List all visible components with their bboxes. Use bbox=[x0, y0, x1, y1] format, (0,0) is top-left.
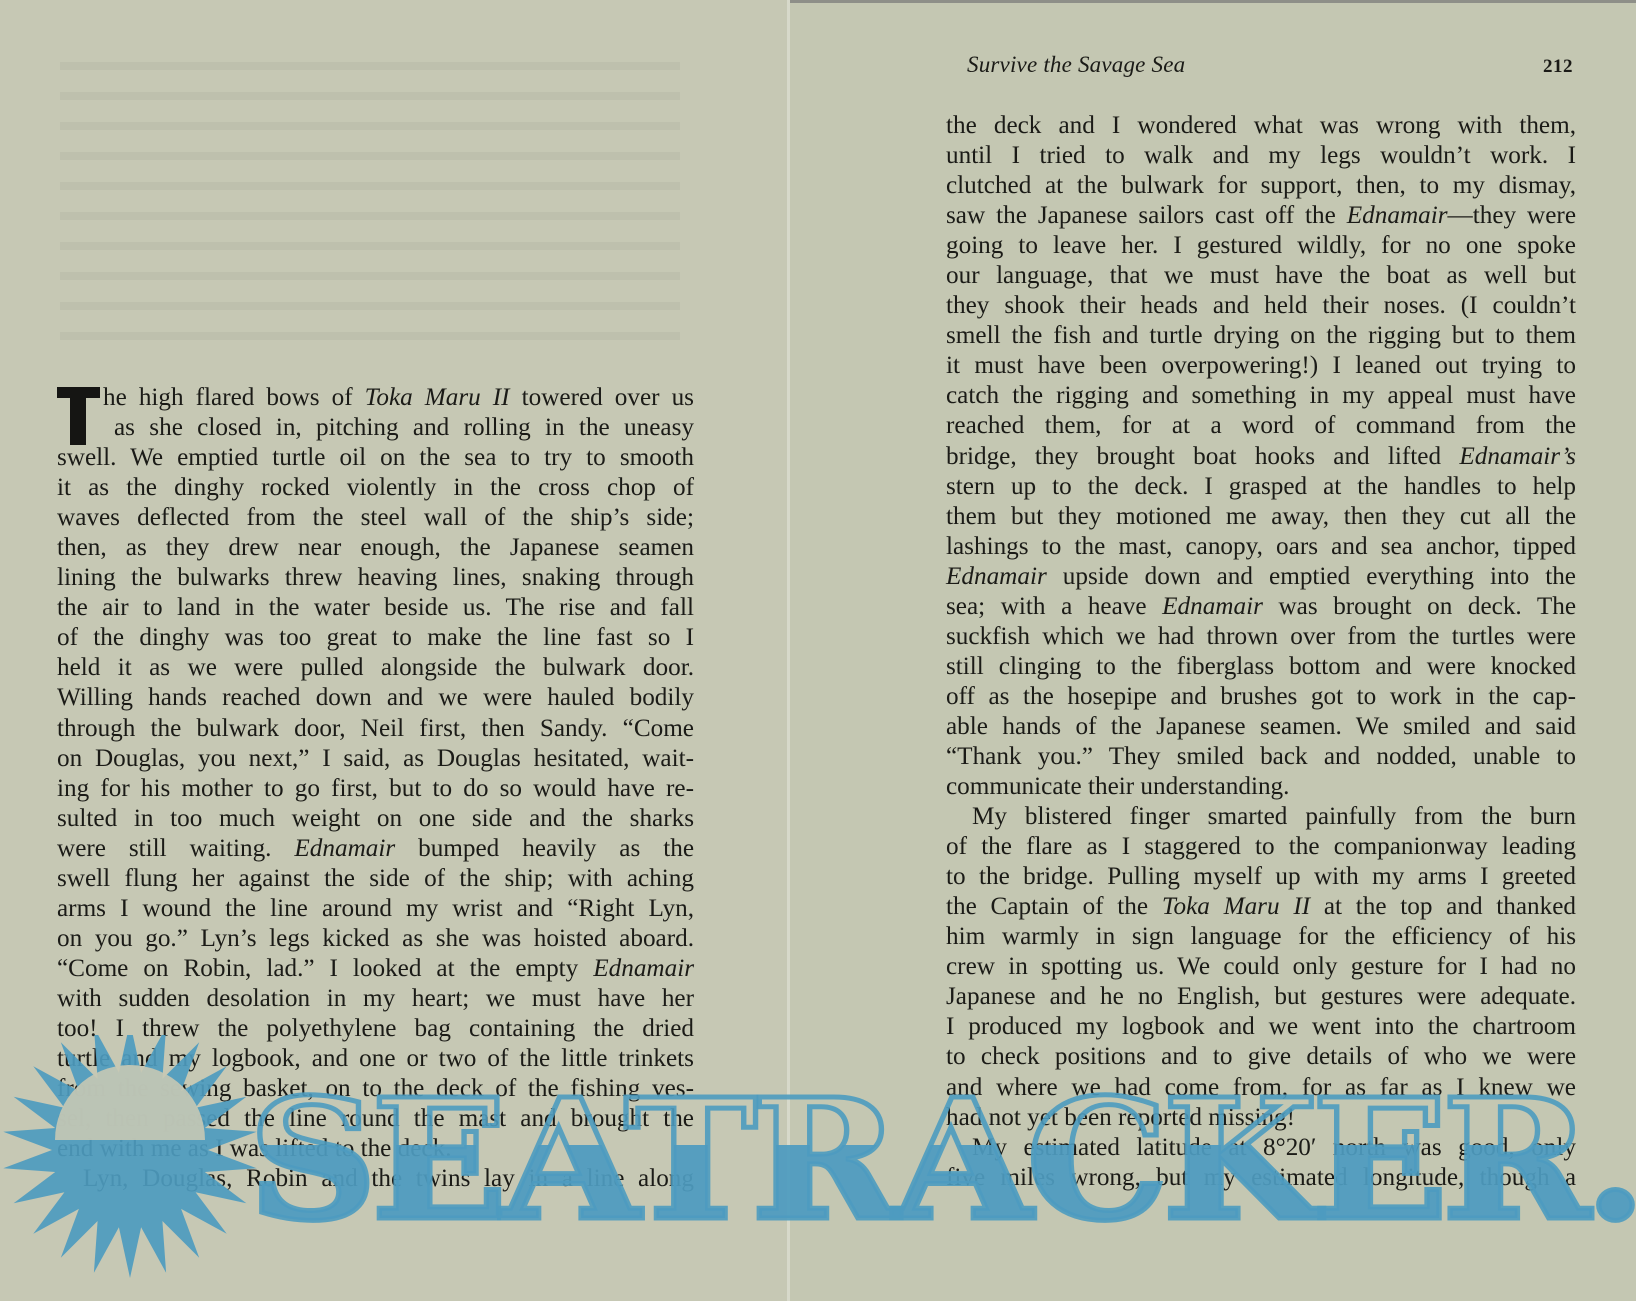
text-line: sea; with a heave Ednamair was brought o… bbox=[946, 592, 1576, 622]
text-line: he high flared bows of Toka Maru II towe… bbox=[57, 383, 694, 413]
text-line: of the flare as I staggered to the compa… bbox=[946, 832, 1576, 862]
text-line: Willing hands reached down and we were h… bbox=[57, 683, 694, 713]
running-head: Survive the Savage Sea 212 bbox=[967, 52, 1573, 86]
text-line: swell. We emptied turtle oil on the sea … bbox=[57, 443, 694, 473]
text-line: smell the fish and turtle drying on the … bbox=[946, 321, 1576, 351]
text-line: waves deflected from the steel wall of t… bbox=[57, 503, 694, 533]
text-line: on you go.” Lyn’s legs kicked as she was… bbox=[57, 924, 694, 954]
text-line: going to leave her. I gestured wildly, f… bbox=[946, 231, 1576, 261]
text-line: stern up to the deck. I grasped at the h… bbox=[946, 472, 1576, 502]
text-line: on Douglas, you next,” I said, as Dougla… bbox=[57, 744, 694, 774]
text-line: saw the Japanese sailors cast off the Ed… bbox=[946, 201, 1576, 231]
text-line: the deck and I wondered what was wrong w… bbox=[946, 111, 1576, 141]
text-line: off as the hosepipe and brushes got to w… bbox=[946, 682, 1576, 712]
text-line: then, as they drew near enough, the Japa… bbox=[57, 533, 694, 563]
text-line: able hands of the Japanese seamen. We sm… bbox=[946, 712, 1576, 742]
text-line: lining the bulwarks threw heaving lines,… bbox=[57, 563, 694, 593]
page-number: 212 bbox=[1543, 56, 1573, 78]
text-line: him warmly in sign language for the effi… bbox=[946, 922, 1576, 952]
text-line: swell flung her against the side of the … bbox=[57, 864, 694, 894]
text-line: reached them, for at a word of command f… bbox=[946, 411, 1576, 441]
text-line: lashings to the mast, canopy, oars and s… bbox=[946, 532, 1576, 562]
book-title: Survive the Savage Sea bbox=[967, 52, 1185, 78]
text-line: arms I wound the line around my wrist an… bbox=[57, 894, 694, 924]
text-line: “Come on Robin, lad.” I looked at the em… bbox=[57, 954, 694, 984]
text-line: held it as we were pulled alongside the … bbox=[57, 653, 694, 683]
text-line: were still waiting. Ednamair bumped heav… bbox=[57, 834, 694, 864]
text-line: they shook their heads and held their no… bbox=[946, 291, 1576, 321]
text-line: sulted in too much weight on one side an… bbox=[57, 804, 694, 834]
text-line: catch the rigging and something in my ap… bbox=[946, 381, 1576, 411]
text-line: ing for his mother to go first, but to d… bbox=[57, 774, 694, 804]
text-line: communicate their understanding. bbox=[946, 772, 1576, 802]
text-line: clutched at the bulwark for support, the… bbox=[946, 171, 1576, 201]
text-line: crew in spotting us. We could only gestu… bbox=[946, 952, 1576, 982]
text-line: them but they motioned me away, then the… bbox=[946, 502, 1576, 532]
text-line: suckfish which we had thrown over from t… bbox=[946, 622, 1576, 652]
text-line: I produced my logbook and we went into t… bbox=[946, 1012, 1576, 1042]
text-line: “Thank you.” They smiled back and nodded… bbox=[946, 742, 1576, 772]
text-line: to the bridge. Pulling myself up with my… bbox=[946, 862, 1576, 892]
text-line: Ednamair upside down and emptied everyth… bbox=[946, 562, 1576, 592]
text-line: of the dinghy was too great to make the … bbox=[57, 623, 694, 653]
right-text-column: the deck and I wondered what was wrong w… bbox=[946, 111, 1576, 1193]
text-line: our language, that we must have the boat… bbox=[946, 261, 1576, 291]
text-line: through the bulwark door, Neil first, th… bbox=[57, 714, 694, 744]
show-through-text bbox=[60, 40, 680, 360]
text-line: until I tried to walk and my legs wouldn… bbox=[946, 141, 1576, 171]
text-line: still clinging to the fiberglass bottom … bbox=[946, 652, 1576, 682]
text-line: with sudden desolation in my heart; we m… bbox=[57, 984, 694, 1014]
text-line: My blistered finger smarted painfully fr… bbox=[946, 802, 1576, 832]
text-line: bridge, they brought boat hooks and lift… bbox=[946, 442, 1576, 472]
text-line: too! I threw the polyethylene bag contai… bbox=[57, 1014, 694, 1044]
text-line: Japanese and he no English, but gestures… bbox=[946, 982, 1576, 1012]
text-line: the air to land in the water beside us. … bbox=[57, 593, 694, 623]
text-line: as she closed in, pitching and rolling i… bbox=[57, 413, 694, 443]
text-line: it as the dinghy rocked violently in the… bbox=[57, 473, 694, 503]
scan-edge bbox=[790, 0, 1636, 3]
text-line: it must have been overpowering!) I leane… bbox=[946, 351, 1576, 381]
text-line: the Captain of the Toka Maru II at the t… bbox=[946, 892, 1576, 922]
